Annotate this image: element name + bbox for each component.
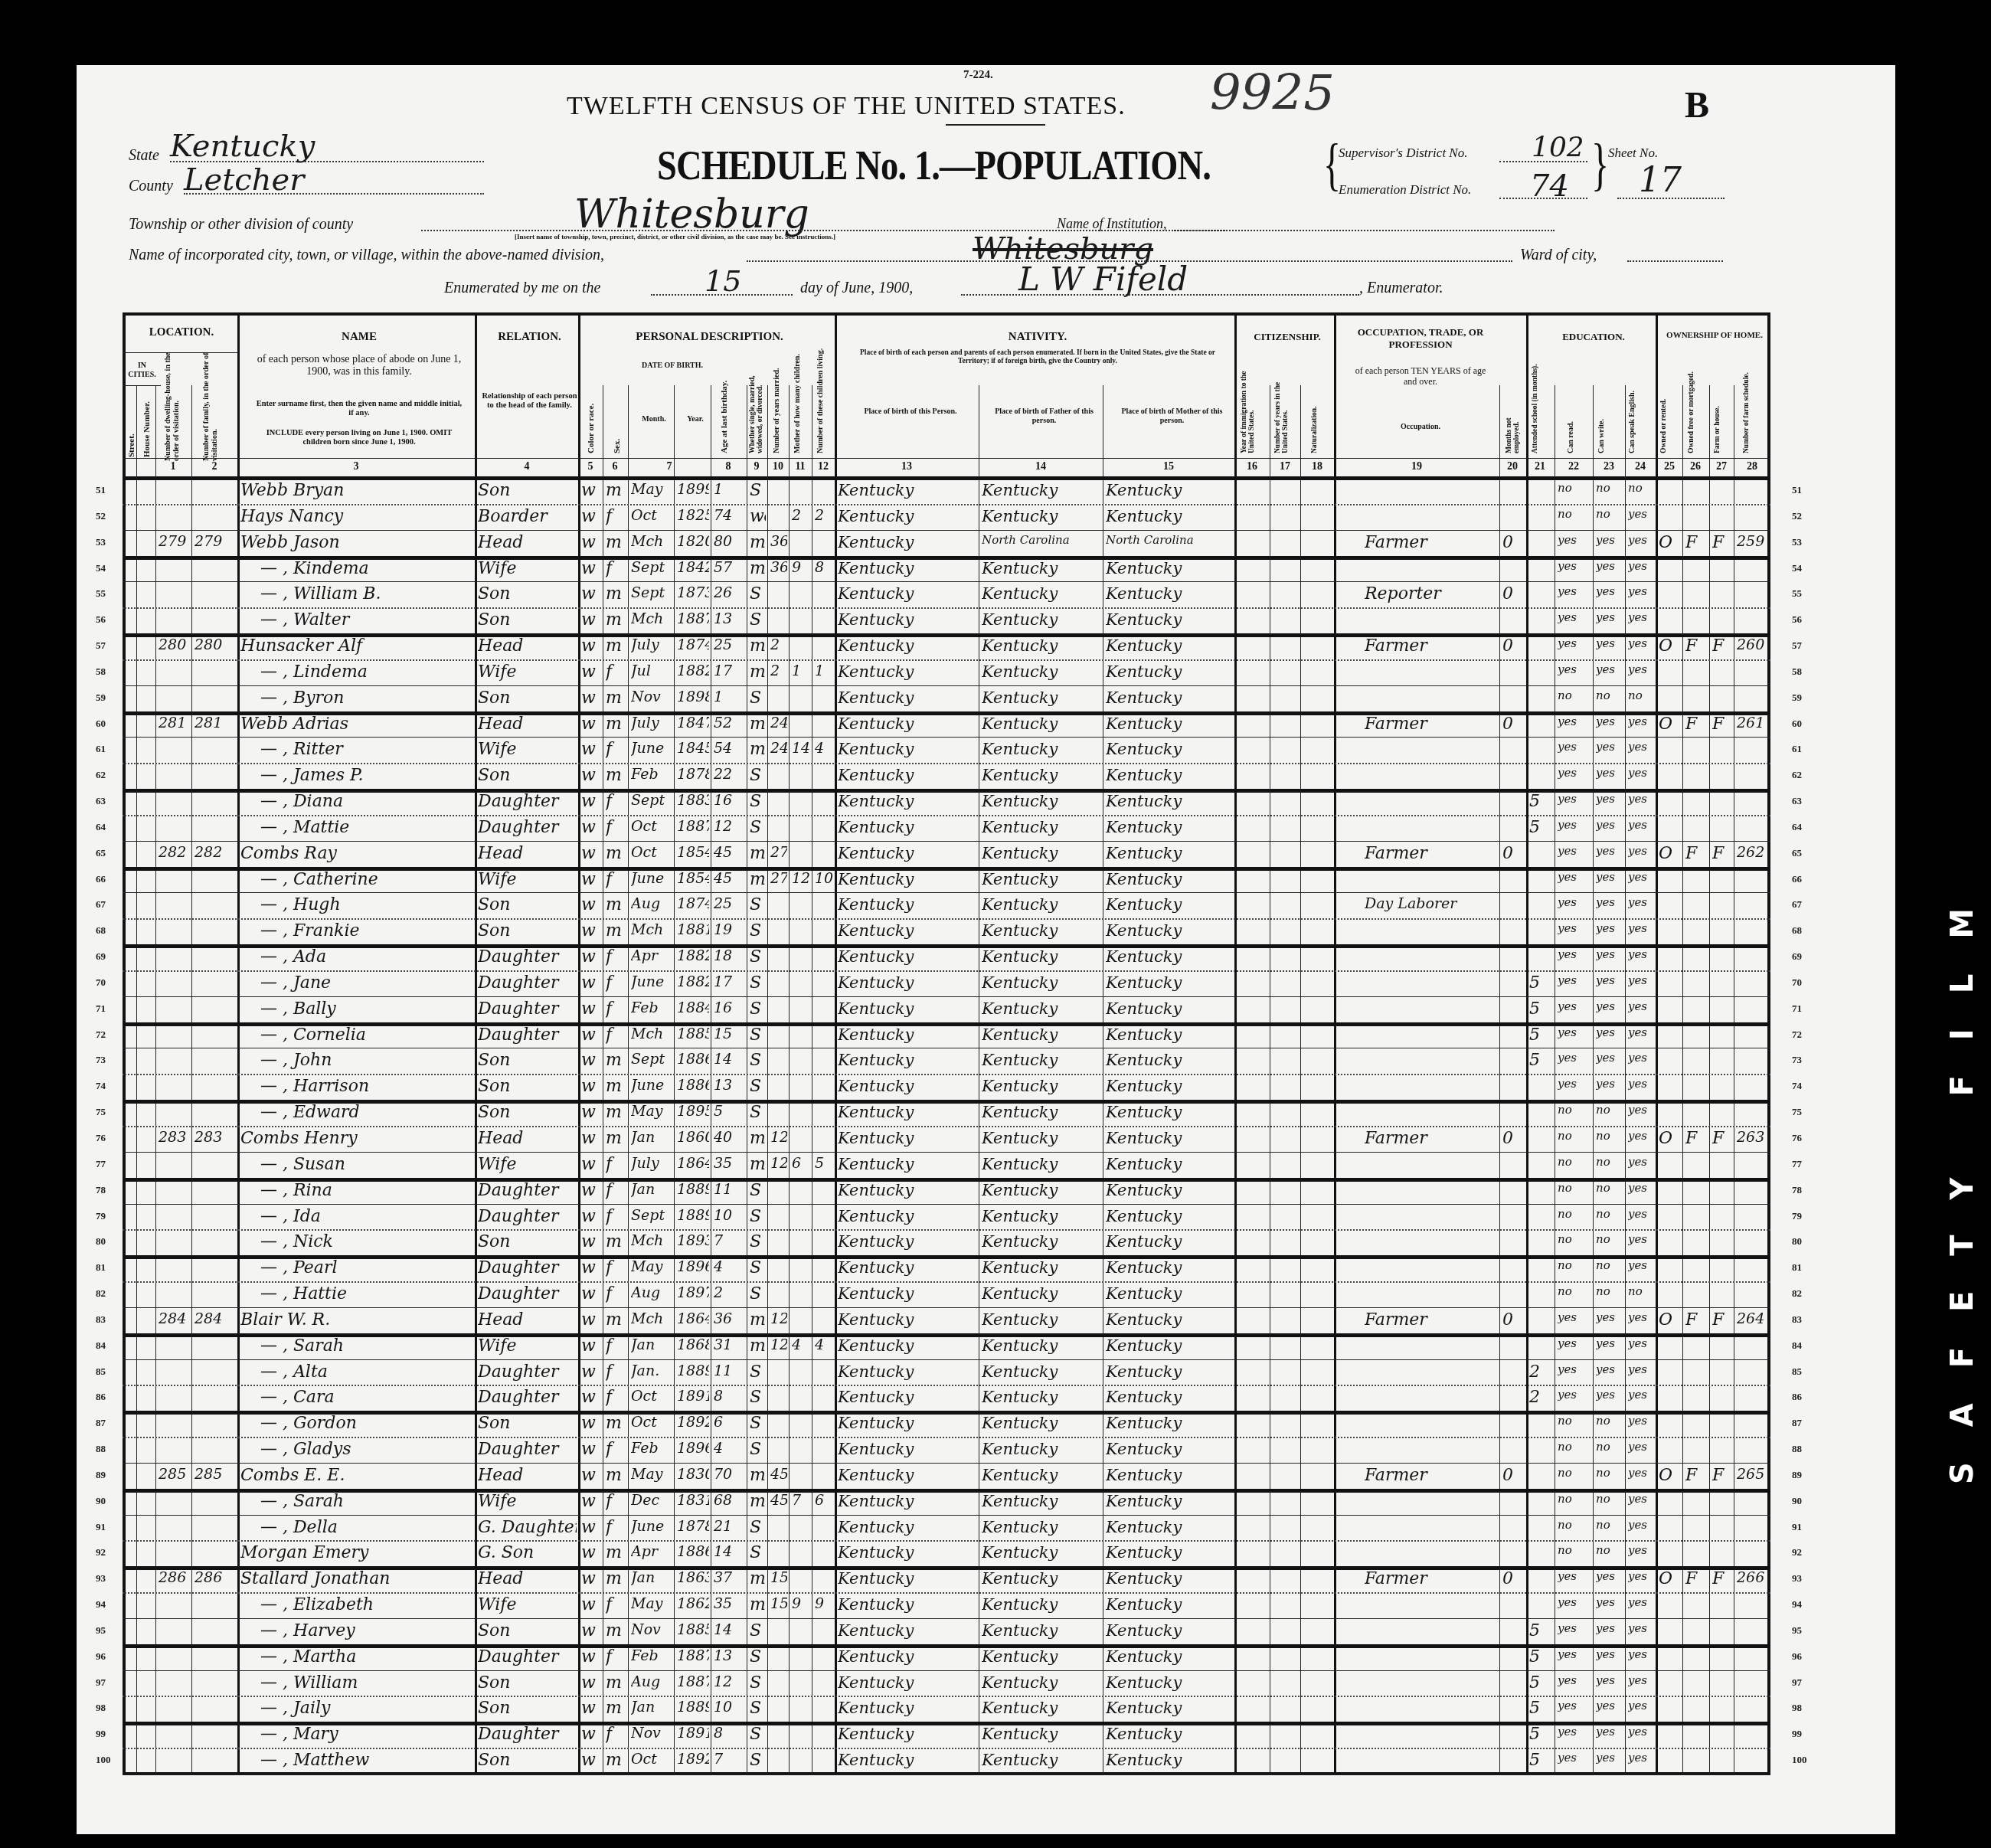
cell-can-write: yes: [1596, 819, 1623, 831]
table-row[interactable]: — , WalterSonwmMch188713SKentuckyKentuck…: [0, 607, 1991, 633]
table-row[interactable]: 285285Combs E. E.HeadwmMay183070m45Kentu…: [0, 1463, 1991, 1489]
cell-sex: m: [606, 1130, 626, 1147]
cell-years-married: 27: [770, 846, 787, 860]
cell-name: Morgan Emery: [240, 1545, 473, 1562]
cell-relation: Daughter: [478, 975, 577, 992]
cell-pob-father: Kentucky: [982, 1312, 1101, 1328]
cell-children-born: 1: [792, 664, 810, 679]
cell-marital: m: [750, 1493, 766, 1510]
cell-sex: m: [606, 1623, 626, 1640]
cell-marital: S: [750, 1364, 766, 1381]
cell-pob-father: Kentucky: [982, 1234, 1101, 1250]
cell-pob-person: Kentucky: [838, 664, 977, 680]
table-row[interactable]: — , RitterWifewfJune184554m24144Kentucky…: [0, 737, 1991, 763]
table-row[interactable]: 282282Combs RayHeadwmOct185445m27Kentuck…: [0, 841, 1991, 867]
cell-relation: Daughter: [478, 1182, 577, 1199]
cell-sex: m: [606, 716, 626, 733]
cell-name: — , Diana: [260, 793, 473, 810]
table-row[interactable]: — , William B.SonwmSept187326SKentuckyKe…: [0, 581, 1991, 607]
cell-age: 17: [714, 664, 745, 679]
city-label: Name of incorporated city, town, or vill…: [129, 247, 604, 264]
enumeration-line: [1499, 198, 1587, 199]
cell-pob-person: Kentucky: [838, 509, 977, 525]
cell-farm-schedule: 263: [1737, 1130, 1769, 1145]
header-year: Year.: [677, 415, 714, 424]
cell-relation: Head: [478, 716, 577, 733]
table-row[interactable]: 279279Webb JasonHeadwmMch182080m36Kentuc…: [0, 530, 1991, 556]
cell-age: 36: [714, 1312, 745, 1326]
cell-birth-year: 1896: [677, 1441, 709, 1456]
table-row[interactable]: — , HattieDaughterwfAug18972SKentuckyKen…: [0, 1281, 1991, 1307]
cell-can-write: no: [1596, 509, 1623, 520]
cell-english: yes: [1628, 1752, 1654, 1764]
cell-english: yes: [1628, 1130, 1654, 1142]
cell-marital: S: [750, 1286, 766, 1303]
cell-name: — , Jane: [260, 975, 473, 992]
cell-pob-father: Kentucky: [982, 1182, 1101, 1199]
cell-sex: m: [606, 612, 626, 629]
cell-can-write: no: [1596, 1467, 1623, 1479]
cell-children-living: 10: [815, 872, 833, 886]
cell-pob-person: Kentucky: [838, 1312, 977, 1328]
column-number: 19: [1401, 461, 1432, 473]
cell-english: yes: [1628, 535, 1654, 546]
cell-pob-mother: Kentucky: [1106, 923, 1233, 939]
cell-occupation: Reporter: [1365, 586, 1525, 603]
schedule-title: SCHEDULE No. 1.—POPULATION.: [657, 142, 1211, 189]
cell-sex: m: [606, 923, 626, 940]
table-row[interactable]: — , GordonSonwmOct18926SKentuckyKentucky…: [0, 1411, 1991, 1437]
cell-relation: Daughter: [478, 1364, 577, 1381]
cell-age: 13: [714, 1078, 745, 1093]
cell-name: — , John: [260, 1052, 473, 1069]
cell-birth-year: 1887: [677, 1675, 709, 1689]
cell-marital: S: [750, 1027, 766, 1044]
table-row[interactable]: 281281Webb AdriasHeadwmJuly184752m24Kent…: [0, 711, 1991, 738]
cell-pob-mother: Kentucky: [1106, 1234, 1233, 1250]
cell-pob-father: Kentucky: [982, 1130, 1101, 1146]
cell-pob-person: Kentucky: [838, 1027, 977, 1043]
cell-marital: S: [750, 1209, 766, 1225]
table-row[interactable]: — , SarahWifewfDec183168m4576KentuckyKen…: [0, 1489, 1991, 1515]
cell-can-write: yes: [1596, 638, 1623, 649]
cell-free-mortgaged: F: [1685, 535, 1708, 551]
cell-pob-person: Kentucky: [838, 1182, 977, 1199]
cell-birth-year: 1886: [677, 1545, 709, 1559]
cell-relation: Son: [478, 1675, 577, 1692]
cell-birth-year: 1873: [677, 586, 709, 600]
cell-can-write: yes: [1596, 1364, 1623, 1375]
cell-race: w: [581, 819, 601, 836]
cell-age: 68: [714, 1493, 745, 1508]
cell-pob-mother: Kentucky: [1106, 1027, 1233, 1043]
column-number: 17: [1270, 461, 1300, 473]
cell-birth-year: 1831: [677, 1493, 709, 1508]
table-row[interactable]: 286286Stallard JonathanHeadwmJan186337m1…: [0, 1566, 1991, 1592]
cell-birth-month: Mch: [631, 923, 672, 937]
cell-dwelling: 285: [159, 1467, 190, 1482]
cell-birth-month: Oct: [631, 1752, 672, 1767]
cell-relation: Son: [478, 897, 577, 914]
cell-english: yes: [1628, 1597, 1654, 1608]
cell-race: w: [581, 690, 601, 707]
header-relation-desc: Relationship of each person to the head …: [481, 392, 578, 410]
cell-pob-mother: Kentucky: [1106, 638, 1233, 654]
cell-pob-person: Kentucky: [838, 1001, 977, 1017]
cell-birth-year: 1830: [677, 1467, 709, 1482]
enumerator-label: , Enumerator.: [1359, 280, 1443, 297]
column-number: 4: [512, 461, 542, 473]
cell-marital: S: [750, 612, 766, 629]
table-row[interactable]: — , ByronSonwmNov18981SKentuckyKentuckyK…: [0, 685, 1991, 711]
cell-school: 5: [1529, 1052, 1553, 1069]
table-row[interactable]: — , BallyDaughterwfFeb188416SKentuckyKen…: [0, 996, 1991, 1022]
cell-pob-father: Kentucky: [982, 1052, 1101, 1068]
table-row[interactable]: — , KindemaWifewfSept184257m3698Kentucky…: [0, 556, 1991, 582]
cell-birth-month: Sept: [631, 793, 672, 808]
cell-name: — , Hattie: [260, 1286, 473, 1303]
cell-owned-rented: O: [1659, 535, 1681, 551]
cell-children-born: 7: [792, 1493, 810, 1508]
cell-can-write: yes: [1596, 949, 1623, 960]
cell-sex: m: [606, 846, 626, 862]
cell-birth-year: 1889: [677, 1700, 709, 1715]
cell-name: Webb Bryan: [240, 482, 473, 499]
cell-pob-mother: Kentucky: [1106, 1078, 1233, 1094]
cell-pob-person: Kentucky: [838, 1441, 977, 1457]
cell-family: 284: [195, 1312, 236, 1326]
cell-name: — , William B.: [260, 586, 473, 603]
cell-sex: f: [606, 561, 626, 577]
cell-can-write: no: [1596, 1286, 1623, 1297]
cell-sex: f: [606, 1260, 626, 1277]
cell-can-read: no: [1558, 690, 1591, 702]
cell-pob-mother: Kentucky: [1106, 1389, 1233, 1405]
cell-farm-house: F: [1712, 716, 1732, 733]
cell-birth-month: July: [631, 638, 672, 653]
cell-marital: m: [750, 846, 766, 862]
cell-age: 18: [714, 949, 745, 963]
cell-race: w: [581, 1493, 601, 1510]
cell-can-read: no: [1558, 509, 1591, 520]
cell-can-read: yes: [1558, 1389, 1591, 1401]
table-row[interactable]: — , AdaDaughterwfApr188218SKentuckyKentu…: [0, 944, 1991, 970]
supervisor-label: Supervisor's District No.: [1339, 146, 1467, 161]
cell-name: Combs Henry: [240, 1130, 473, 1147]
cell-race: w: [581, 1545, 601, 1562]
cell-pob-mother: Kentucky: [1106, 1649, 1233, 1665]
cell-can-write: no: [1596, 1130, 1623, 1142]
cell-english: no: [1628, 690, 1654, 702]
cell-pob-father: North Carolina: [982, 535, 1101, 546]
header-family-number: Number of family, in the order of visita…: [202, 346, 230, 461]
cell-marital: S: [750, 1234, 766, 1251]
cell-free-mortgaged: F: [1685, 638, 1708, 655]
cell-can-read: yes: [1558, 612, 1591, 623]
table-row[interactable]: — , James P.SonwmFeb187822SKentuckyKentu…: [0, 763, 1991, 789]
cell-relation: Daughter: [478, 1389, 577, 1406]
cell-birth-month: June: [631, 872, 672, 886]
cell-dwelling: 286: [159, 1571, 190, 1585]
cell-pob-person: Kentucky: [838, 690, 977, 706]
cell-years-married: 12: [770, 1312, 787, 1326]
cell-pob-father: Kentucky: [982, 1364, 1101, 1380]
cell-birth-month: May: [631, 482, 672, 497]
cell-age: 35: [714, 1597, 745, 1611]
table-row[interactable]: — , HughSonwmAug187425SKentuckyKentuckyK…: [0, 892, 1991, 918]
cell-marital: S: [750, 1415, 766, 1432]
table-row[interactable]: — , MatthewSonwmOct18927SKentuckyKentuck…: [0, 1748, 1991, 1774]
cell-farm-house: F: [1712, 1130, 1732, 1147]
cell-children-living: 9: [815, 1597, 833, 1611]
cell-pob-father: Kentucky: [982, 846, 1101, 862]
cell-pob-mother: Kentucky: [1106, 561, 1233, 577]
sheet-line: [1617, 198, 1725, 199]
cell-race: w: [581, 1027, 601, 1044]
table-row[interactable]: — , MarthaDaughterwfFeb188713SKentuckyKe…: [0, 1644, 1991, 1670]
cell-birth-month: Feb: [631, 767, 672, 782]
header-location: LOCATION.: [126, 326, 237, 339]
cell-can-read: yes: [1558, 664, 1591, 675]
cell-pob-mother: Kentucky: [1106, 612, 1233, 628]
cell-marital: m: [750, 1571, 766, 1588]
cell-dwelling: 284: [159, 1312, 190, 1326]
cell-age: 40: [714, 1130, 745, 1145]
header-occupation-desc: of each person TEN YEARS of age and over…: [1348, 366, 1493, 388]
cell-english: yes: [1628, 612, 1654, 623]
cell-age: 10: [714, 1209, 745, 1223]
cell-age: 11: [714, 1364, 745, 1379]
table-row[interactable]: — , DellaG. DaughterwfJune187821SKentuck…: [0, 1515, 1991, 1541]
cell-occupation: Farmer: [1365, 638, 1525, 655]
table-row[interactable]: — , CorneliaDaughterwfMch188515SKentucky…: [0, 1022, 1991, 1048]
cell-sex: f: [606, 1649, 626, 1666]
cell-sex: m: [606, 1675, 626, 1692]
cell-marital: m: [750, 872, 766, 888]
cell-farm-schedule: 265: [1737, 1467, 1769, 1482]
column-number: 2: [199, 461, 230, 473]
cell-name: — , Walter: [260, 612, 473, 629]
cell-marital: S: [750, 1623, 766, 1640]
cell-pob-mother: Kentucky: [1106, 1182, 1233, 1199]
cell-relation: Wife: [478, 1597, 577, 1614]
cell-farm-house: F: [1712, 535, 1732, 551]
cell-name: — , Sarah: [260, 1338, 473, 1355]
cell-pob-mother: Kentucky: [1106, 767, 1233, 783]
row-divider: [123, 1774, 1770, 1774]
table-row[interactable]: 283283Combs HenryHeadwmJan186040m12Kentu…: [0, 1126, 1991, 1152]
table-row[interactable]: — , SarahWifewfJan186831m1244KentuckyKen…: [0, 1333, 1991, 1359]
cell-pob-person: Kentucky: [838, 1649, 977, 1665]
cell-sex: f: [606, 1597, 626, 1614]
table-row[interactable]: — , HarrisonSonwmJune188613SKentuckyKent…: [0, 1074, 1991, 1100]
cell-relation: Son: [478, 586, 577, 603]
cell-pob-person: Kentucky: [838, 1467, 977, 1483]
cell-english: yes: [1628, 1156, 1654, 1168]
cell-school: 2: [1529, 1389, 1553, 1406]
cell-can-write: yes: [1596, 612, 1623, 623]
cell-english: yes: [1628, 509, 1654, 520]
cell-marital: S: [750, 690, 766, 707]
table-row[interactable]: — , LindemaWifewfJul188217m211KentuckyKe…: [0, 659, 1991, 685]
cell-birth-month: Mch: [631, 535, 672, 549]
table-row[interactable]: — , WilliamSonwmAug188712SKentuckyKentuc…: [0, 1670, 1991, 1696]
cell-can-read: yes: [1558, 975, 1591, 986]
cell-name: — , Frankie: [260, 923, 473, 940]
table-row[interactable]: — , JohnSonwmSept188614SKentuckyKentucky…: [0, 1048, 1991, 1074]
table-row[interactable]: — , DianaDaughterwfSept188316SKentuckyKe…: [0, 789, 1991, 815]
cell-unemployed: 0: [1502, 586, 1525, 603]
table-row[interactable]: Webb BryanSonwmMay18991SKentuckyKentucky…: [0, 478, 1991, 504]
table-row[interactable]: Hays NancyBoarderwfOct182574wd22Kentucky…: [0, 504, 1991, 530]
cell-marital: S: [750, 767, 766, 784]
cell-pob-person: Kentucky: [838, 586, 977, 602]
cell-relation: Daughter: [478, 1027, 577, 1044]
table-row[interactable]: — , GladysDaughterwfFeb18964SKentuckyKen…: [0, 1437, 1991, 1463]
cell-sex: f: [606, 1389, 626, 1406]
table-row[interactable]: Morgan EmeryG. SonwmApr188614SKentuckyKe…: [0, 1540, 1991, 1566]
cell-can-read: yes: [1558, 1312, 1591, 1323]
cell-race: w: [581, 638, 601, 655]
cell-marital: S: [750, 1441, 766, 1458]
table-row[interactable]: — , MattieDaughterwfOct188712SKentuckyKe…: [0, 815, 1991, 841]
table-row[interactable]: — , SusanWifewfJuly186435m1265KentuckyKe…: [0, 1152, 1991, 1178]
table-row[interactable]: — , EdwardSonwmMay18955SKentuckyKentucky…: [0, 1100, 1991, 1126]
column-number: 16: [1237, 461, 1267, 473]
cell-occupation: Farmer: [1365, 1571, 1525, 1588]
table-row[interactable]: 284284Blair W. R.HeadwmMch186436m12Kentu…: [0, 1307, 1991, 1333]
cell-race: w: [581, 1752, 601, 1769]
cell-race: w: [581, 923, 601, 940]
cell-dwelling: 279: [159, 535, 190, 549]
header-can-speak-english: Can speak English.: [1628, 361, 1636, 453]
table-row[interactable]: 280280Hunsacker AlfHeadwmJuly187425m2Ken…: [0, 633, 1991, 659]
cell-can-read: no: [1558, 1493, 1591, 1505]
cell-can-read: no: [1558, 1104, 1591, 1116]
cell-pob-mother: Kentucky: [1106, 1415, 1233, 1431]
cell-english: yes: [1628, 975, 1654, 986]
cell-pob-person: Kentucky: [838, 1493, 977, 1509]
cell-relation: Wife: [478, 1156, 577, 1173]
cell-years-married: 2: [770, 664, 787, 679]
cell-unemployed: 0: [1502, 716, 1525, 733]
cell-can-read: yes: [1558, 923, 1591, 934]
cell-can-read: yes: [1558, 872, 1591, 883]
cell-farm-house: F: [1712, 1571, 1732, 1588]
cell-race: w: [581, 664, 601, 681]
cell-can-write: yes: [1596, 535, 1623, 546]
cell-can-write: yes: [1596, 1700, 1623, 1712]
cell-pob-father: Kentucky: [982, 1700, 1101, 1716]
cell-pob-mother: Kentucky: [1106, 1286, 1233, 1302]
cell-marital: S: [750, 819, 766, 836]
cell-race: w: [581, 1441, 601, 1458]
cell-age: 1: [714, 690, 745, 705]
cell-age: 10: [714, 1700, 745, 1715]
cell-name: — , Gladys: [260, 1441, 473, 1458]
table-row[interactable]: — , HarveySonwmNov188514SKentuckyKentuck…: [0, 1618, 1991, 1644]
cell-pob-person: Kentucky: [838, 1519, 977, 1536]
cell-english: yes: [1628, 1260, 1654, 1271]
table-row[interactable]: — , JailySonwmJan188910SKentuckyKentucky…: [0, 1696, 1991, 1722]
cell-occupation: Farmer: [1365, 1312, 1525, 1329]
cell-birth-year: 1893: [677, 1234, 709, 1248]
header-years-in-us: Number of years in the United States.: [1274, 361, 1302, 453]
cell-age: 16: [714, 793, 745, 808]
cell-pob-person: Kentucky: [838, 612, 977, 628]
cell-marital: S: [750, 1052, 766, 1069]
cell-birth-month: Apr: [631, 949, 672, 963]
cell-pob-mother: Kentucky: [1106, 1209, 1233, 1225]
cell-sex: f: [606, 741, 626, 758]
cell-birth-year: 1845: [677, 741, 709, 756]
cell-can-write: yes: [1596, 1623, 1623, 1634]
cell-age: 19: [714, 923, 745, 937]
cell-birth-year: 1892: [677, 1752, 709, 1767]
table-row[interactable]: — , ElizabethWifewfMay186235m1599Kentuck…: [0, 1592, 1991, 1618]
cell-marital: wd: [750, 509, 766, 525]
cell-relation: Son: [478, 1752, 577, 1769]
cell-birth-month: June: [631, 741, 672, 756]
cell-english: yes: [1628, 716, 1654, 728]
table-row[interactable]: — , CatherineWifewfJune185445m271210Kent…: [0, 867, 1991, 893]
cell-english: yes: [1628, 1364, 1654, 1375]
cell-birth-month: Oct: [631, 509, 672, 523]
cell-children-born: 9: [792, 1597, 810, 1611]
cell-race: w: [581, 482, 601, 499]
cell-sex: m: [606, 767, 626, 784]
cell-relation: Daughter: [478, 1441, 577, 1458]
cell-pob-mother: Kentucky: [1106, 1364, 1233, 1380]
cell-birth-year: 1882: [677, 949, 709, 963]
cell-pob-father: Kentucky: [982, 975, 1101, 991]
cell-birth-year: 1887: [677, 1649, 709, 1663]
column-number: 15: [1153, 461, 1184, 473]
header-nativity-desc: Place of birth of each person and parent…: [845, 349, 1230, 366]
cell-marital: S: [750, 975, 766, 992]
cell-school: 5: [1529, 793, 1553, 810]
cell-age: 13: [714, 612, 745, 626]
header-can-write: Can write.: [1597, 400, 1606, 453]
cell-can-read: yes: [1558, 1364, 1591, 1375]
cell-pob-person: Kentucky: [838, 561, 977, 577]
cell-children-living: 2: [815, 509, 833, 523]
table-row[interactable]: — , MaryDaughterwfNov18918SKentuckyKentu…: [0, 1722, 1991, 1748]
table-row[interactable]: — , IdaDaughterwfSept188910SKentuckyKent…: [0, 1204, 1991, 1230]
cell-can-read: yes: [1558, 793, 1591, 805]
table-row[interactable]: — , RinaDaughterwfJan188911SKentuckyKent…: [0, 1178, 1991, 1204]
cell-pob-mother: Kentucky: [1106, 819, 1233, 836]
table-row[interactable]: — , FrankieSonwmMch188119SKentuckyKentuc…: [0, 918, 1991, 944]
cell-race: w: [581, 1519, 601, 1536]
cell-sex: m: [606, 1052, 626, 1069]
table-row[interactable]: — , NickSonwmMch18937SKentuckyKentuckyKe…: [0, 1229, 1991, 1255]
table-row[interactable]: — , CaraDaughterwfOct18918SKentuckyKentu…: [0, 1385, 1991, 1411]
cell-sex: f: [606, 1156, 626, 1173]
cell-can-read: yes: [1558, 638, 1591, 649]
table-row[interactable]: — , PearlDaughterwfMay18964SKentuckyKent…: [0, 1255, 1991, 1281]
cell-race: w: [581, 897, 601, 914]
cell-birth-year: 1820: [677, 535, 709, 549]
table-row[interactable]: — , AltaDaughterwfJan.188911SKentuckyKen…: [0, 1359, 1991, 1385]
cell-marital: S: [750, 1260, 766, 1277]
cell-sex: m: [606, 1571, 626, 1588]
table-row[interactable]: — , JaneDaughterwfJune188217SKentuckyKen…: [0, 970, 1991, 996]
cell-english: yes: [1628, 767, 1654, 779]
cell-marital: S: [750, 1545, 766, 1562]
cell-years-married: 36: [770, 535, 787, 549]
cell-can-write: no: [1596, 1182, 1623, 1194]
